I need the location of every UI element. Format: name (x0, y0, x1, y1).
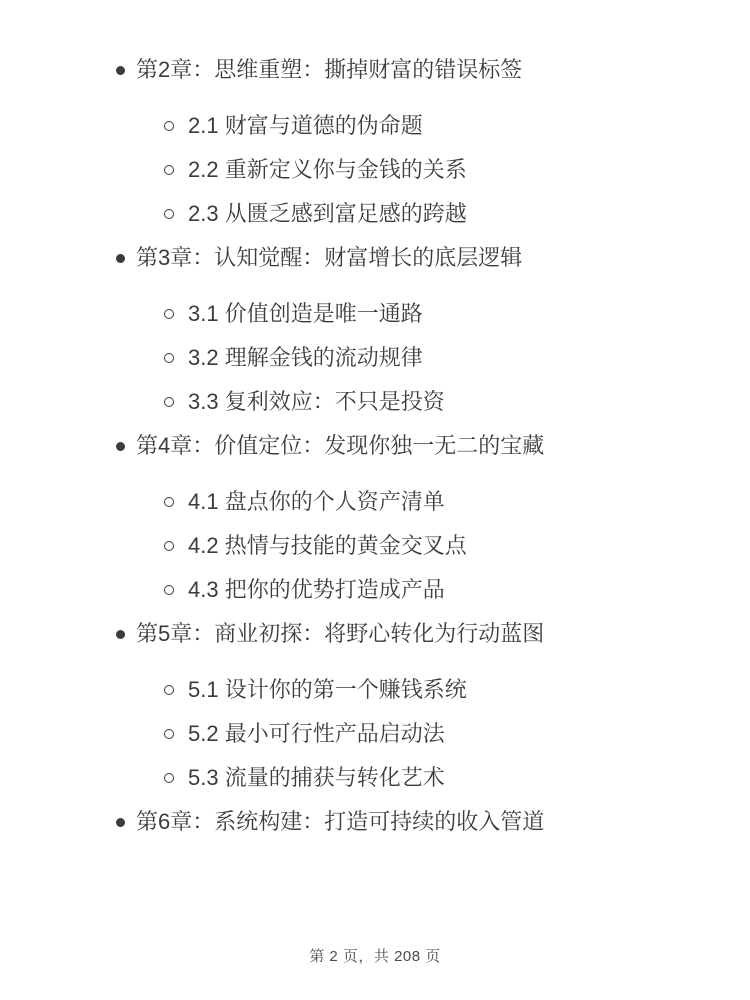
chapter-item: 第6章：系统构建：打造可持续的收入管道 (0, 807, 750, 837)
section-title: 5.2 最小可行性产品启动法 (188, 719, 445, 749)
bullet-circle-icon (164, 397, 174, 407)
bullet-circle-icon (164, 209, 174, 219)
bullet-disc-icon (116, 818, 125, 827)
bullet-circle-icon (164, 541, 174, 551)
section-title: 2.3 从匮乏感到富足感的跨越 (188, 199, 467, 229)
section-item: 4.1 盘点你的个人资产清单 (0, 487, 750, 517)
section-item: 3.1 价值创造是唯一通路 (0, 299, 750, 329)
chapter-block: 第3章：认知觉醒：财富增长的底层逻辑 3.1 价值创造是唯一通路 3.2 理解金… (0, 243, 750, 417)
bullet-circle-icon (164, 121, 174, 131)
bullet-circle-icon (164, 729, 174, 739)
chapter-item: 第2章：思维重塑：撕掉财富的错误标签 (0, 55, 750, 85)
chapter-item: 第4章：价值定位：发现你独一无二的宝藏 (0, 431, 750, 461)
chapter-title: 第3章：认知觉醒：财富增长的底层逻辑 (136, 243, 522, 273)
chapter-title: 第5章：商业初探：将野心转化为行动蓝图 (136, 619, 544, 649)
section-item: 5.3 流量的捕获与转化艺术 (0, 763, 750, 793)
chapter-item: 第3章：认知觉醒：财富增长的底层逻辑 (0, 243, 750, 273)
chapter-block: 第5章：商业初探：将野心转化为行动蓝图 5.1 设计你的第一个赚钱系统 5.2 … (0, 619, 750, 793)
chapter-block: 第4章：价值定位：发现你独一无二的宝藏 4.1 盘点你的个人资产清单 4.2 热… (0, 431, 750, 605)
page-indicator: 第 2 页，共 208 页 (309, 948, 441, 965)
table-of-contents: 第2章：思维重塑：撕掉财富的错误标签 2.1 财富与道德的伪命题 2.2 重新定… (0, 0, 750, 837)
document-page: 第2章：思维重塑：撕掉财富的错误标签 2.1 财富与道德的伪命题 2.2 重新定… (0, 0, 750, 1000)
section-title: 3.2 理解金钱的流动规律 (188, 343, 423, 373)
bullet-circle-icon (164, 685, 174, 695)
chapter-title: 第4章：价值定位：发现你独一无二的宝藏 (136, 431, 544, 461)
bullet-circle-icon (164, 497, 174, 507)
section-title: 4.3 把你的优势打造成产品 (188, 575, 445, 605)
bullet-circle-icon (164, 585, 174, 595)
section-title: 4.2 热情与技能的黄金交叉点 (188, 531, 467, 561)
section-title: 4.1 盘点你的个人资产清单 (188, 487, 445, 517)
chapter-block: 第6章：系统构建：打造可持续的收入管道 (0, 807, 750, 837)
section-item: 5.1 设计你的第一个赚钱系统 (0, 675, 750, 705)
chapter-title: 第2章：思维重塑：撕掉财富的错误标签 (136, 55, 522, 85)
chapter-item: 第5章：商业初探：将野心转化为行动蓝图 (0, 619, 750, 649)
bullet-circle-icon (164, 165, 174, 175)
bullet-disc-icon (116, 66, 125, 75)
section-item: 5.2 最小可行性产品启动法 (0, 719, 750, 749)
section-item: 2.2 重新定义你与金钱的关系 (0, 155, 750, 185)
bullet-disc-icon (116, 254, 125, 263)
section-item: 4.3 把你的优势打造成产品 (0, 575, 750, 605)
section-title: 2.1 财富与道德的伪命题 (188, 111, 423, 141)
section-title: 2.2 重新定义你与金钱的关系 (188, 155, 467, 185)
bullet-circle-icon (164, 309, 174, 319)
section-item: 3.2 理解金钱的流动规律 (0, 343, 750, 373)
section-title: 3.1 价值创造是唯一通路 (188, 299, 423, 329)
section-item: 2.1 财富与道德的伪命题 (0, 111, 750, 141)
bullet-disc-icon (116, 630, 125, 639)
section-title: 3.3 复利效应：不只是投资 (188, 387, 445, 417)
chapter-title: 第6章：系统构建：打造可持续的收入管道 (136, 807, 544, 837)
bullet-circle-icon (164, 353, 174, 363)
section-item: 4.2 热情与技能的黄金交叉点 (0, 531, 750, 561)
chapter-block: 第2章：思维重塑：撕掉财富的错误标签 2.1 财富与道德的伪命题 2.2 重新定… (0, 55, 750, 229)
section-title: 5.3 流量的捕获与转化艺术 (188, 763, 445, 793)
bullet-circle-icon (164, 773, 174, 783)
section-item: 3.3 复利效应：不只是投资 (0, 387, 750, 417)
section-item: 2.3 从匮乏感到富足感的跨越 (0, 199, 750, 229)
section-title: 5.1 设计你的第一个赚钱系统 (188, 675, 467, 705)
page-footer: 第 2 页，共 208 页 (0, 945, 750, 966)
bullet-disc-icon (116, 442, 125, 451)
